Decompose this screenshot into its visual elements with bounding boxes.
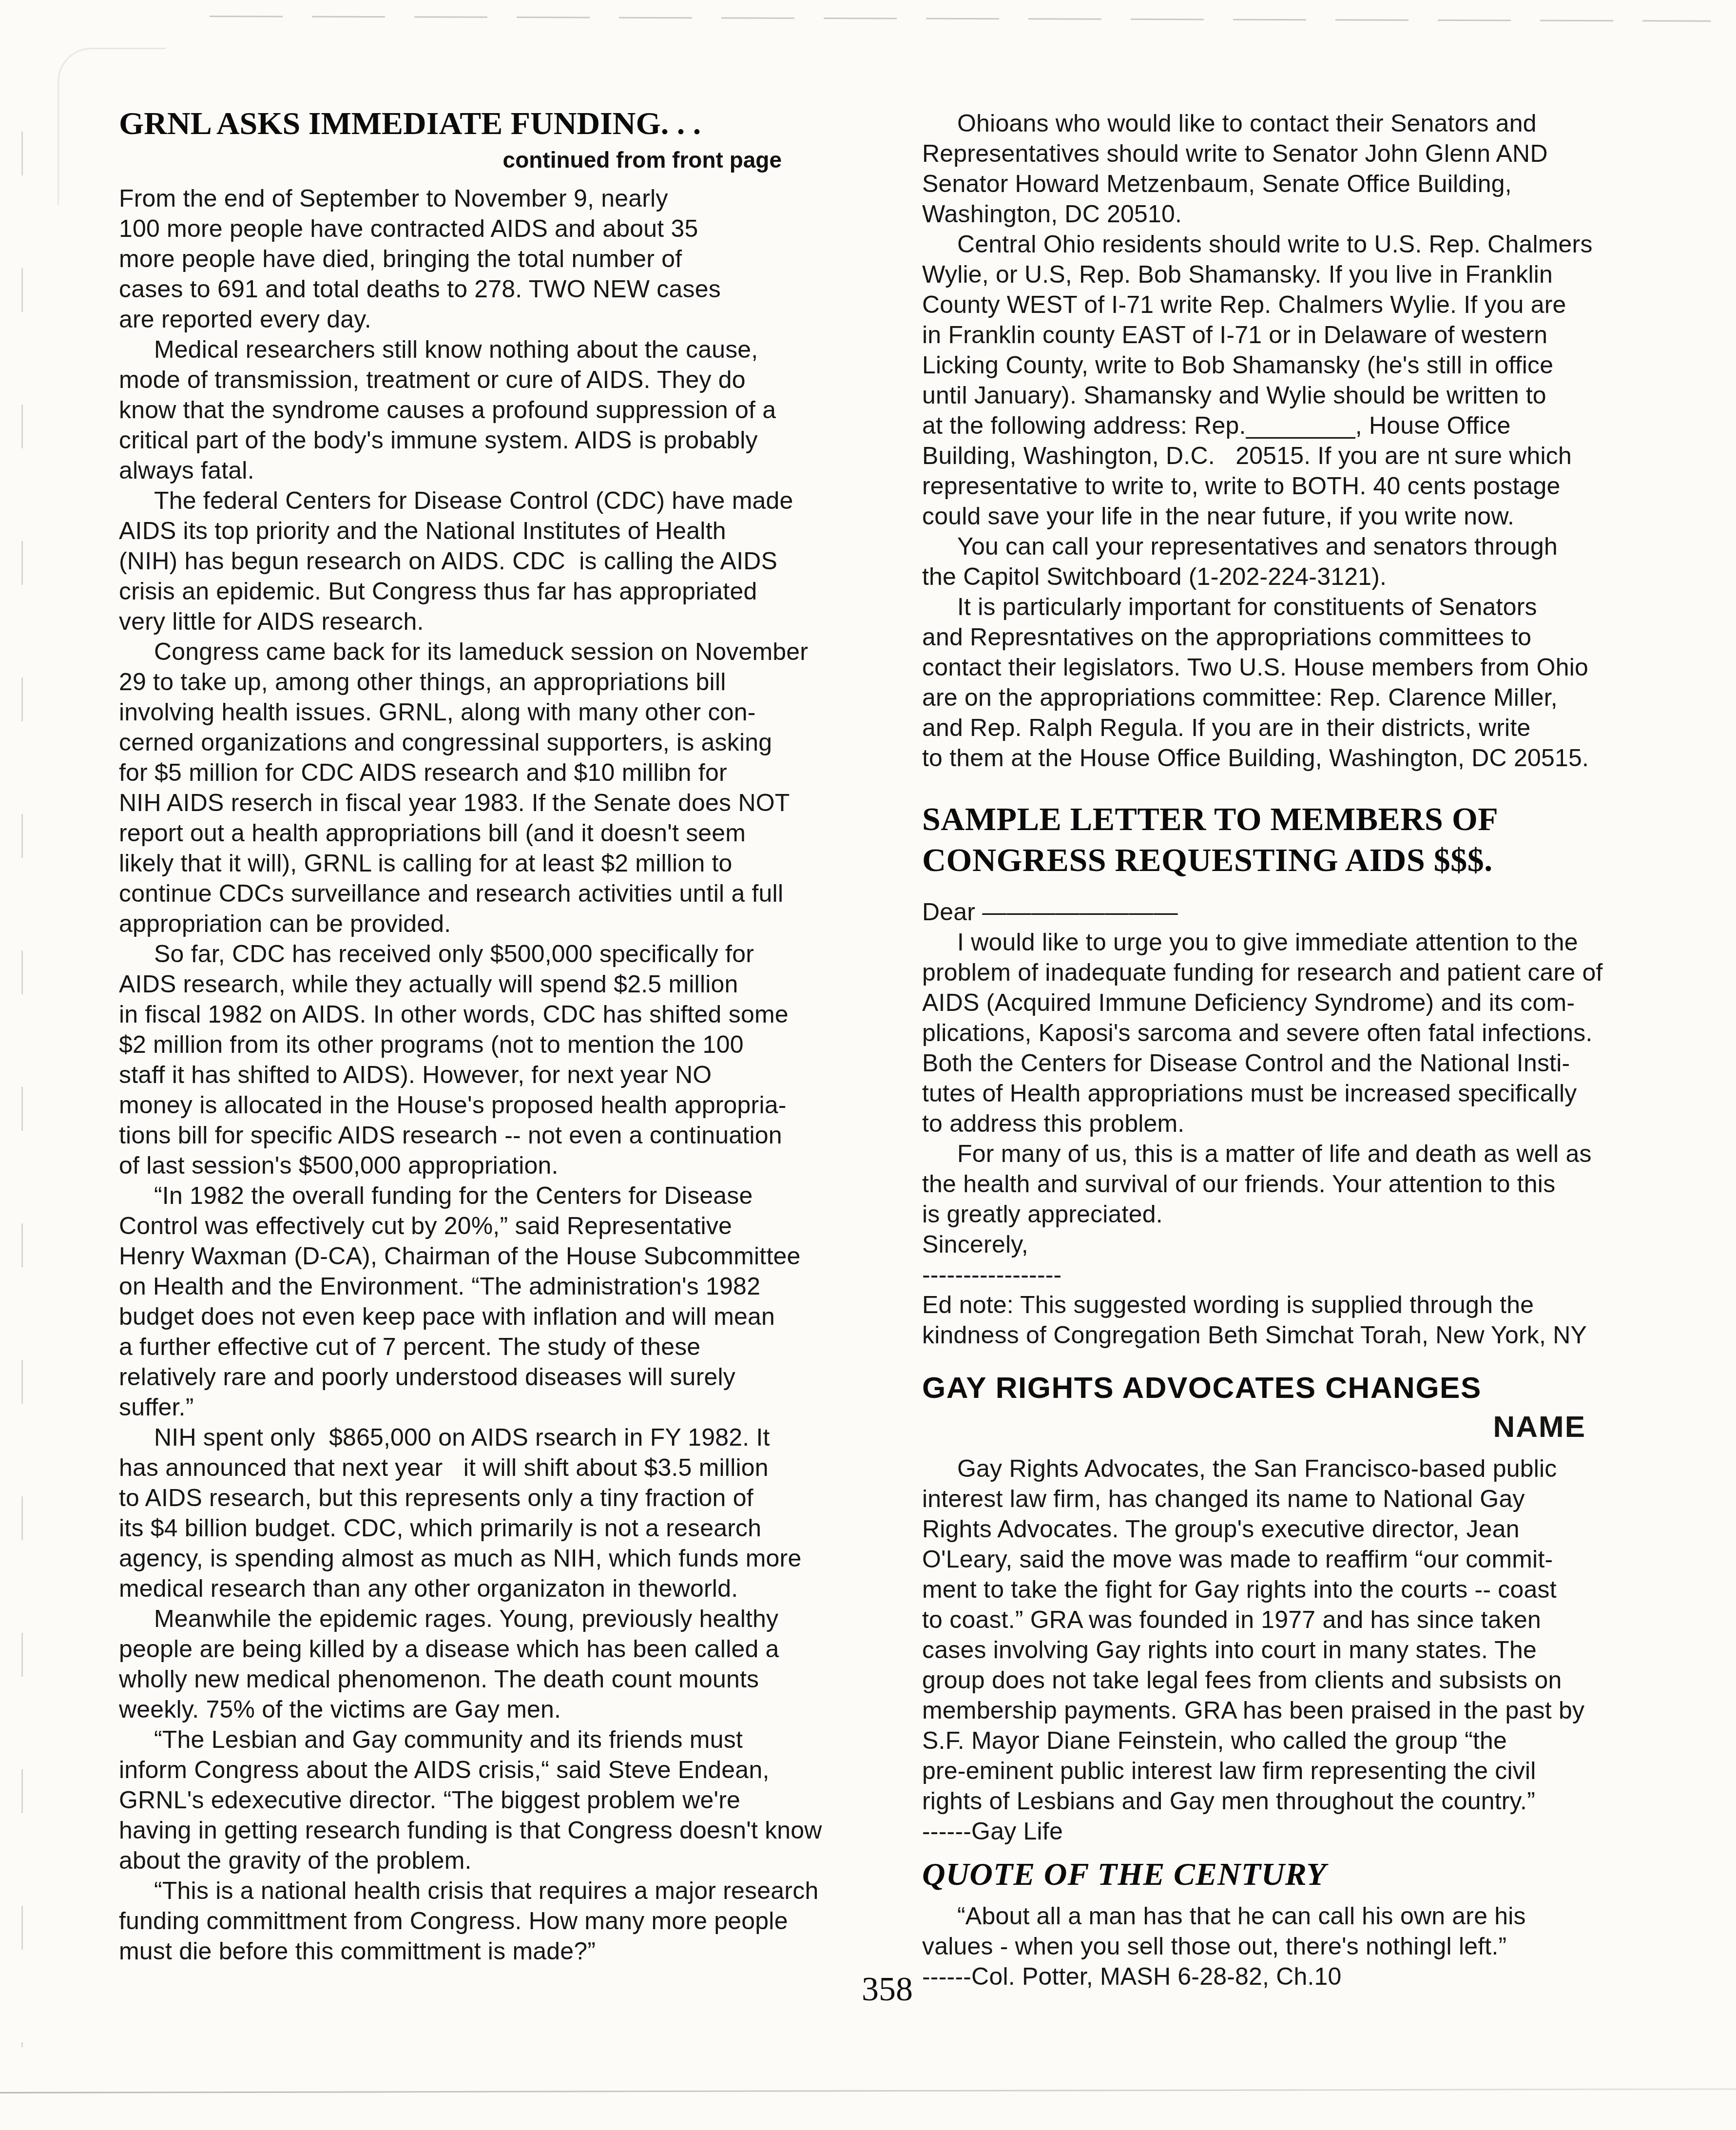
article-paragraph: “This is a national health crisis that r… [119, 1876, 928, 1966]
article-headline: GRNL ASKS IMMEDIATE FUNDING. . . [119, 104, 928, 143]
article-paragraph: NIH spent only $865,000 on AIDS rsearch … [119, 1422, 928, 1604]
article-paragraph: “In 1982 the overall funding for the Cen… [119, 1181, 928, 1422]
article-paragraph: So far, CDC has received only $500,000 s… [119, 939, 928, 1181]
quote-heading: QUOTE OF THE CENTURY [922, 1855, 1717, 1894]
scan-artifact-bottom-edge [0, 2089, 1736, 2093]
letter-paragraph: I would like to urge you to give immedia… [922, 927, 1717, 1139]
newsletter-scan-page: GRNL ASKS IMMEDIATE FUNDING. . . continu… [0, 0, 1736, 2130]
article-paragraph: The federal Centers for Disease Control … [119, 485, 928, 637]
article-paragraph: Meanwhile the epidemic rages. Young, pre… [119, 1604, 928, 1724]
article-paragraph: Medical researchers still know nothing a… [119, 334, 928, 485]
quote-text: “About all a man has that he can call hi… [922, 1901, 1717, 1961]
sample-letter-heading: SAMPLE LETTER TO MEMBERS OF CONGRESS REQ… [922, 798, 1717, 880]
page-number: 358 [862, 1970, 913, 2009]
scan-artifact-left-edge [21, 132, 23, 2047]
right-column: Ohioans who would like to contact their … [922, 108, 1717, 1992]
gra-article-heading: GAY RIGHTS ADVOCATES CHANGES [922, 1370, 1717, 1407]
article-continuation-note: continued from front page [119, 145, 928, 174]
letter-paragraph: For many of us, this is a matter of life… [922, 1139, 1717, 1229]
article-paragraph: Ohioans who would like to contact their … [922, 108, 1717, 229]
article-paragraph: Central Ohio residents should write to U… [922, 229, 1717, 531]
article-paragraph: You can call your representatives and se… [922, 531, 1717, 592]
letter-signature-line: ----------------- [922, 1259, 1717, 1290]
gra-article-heading-line2: NAME [922, 1409, 1717, 1446]
article-paragraph: Congress came back for its lameduck sess… [119, 637, 928, 939]
left-column: GRNL ASKS IMMEDIATE FUNDING. . . continu… [119, 104, 928, 1966]
scan-artifact-top-edge [210, 16, 1711, 22]
gra-attribution: ------Gay Life [922, 1816, 1717, 1846]
article-paragraph: “The Lesbian and Gay community and its f… [119, 1724, 928, 1876]
letter-salutation: Dear ———————— [922, 897, 1717, 927]
gra-article-paragraph: Gay Rights Advocates, the San Francisco-… [922, 1453, 1717, 1816]
article-paragraph: From the end of September to November 9,… [119, 183, 928, 334]
quote-attribution: ------Col. Potter, MASH 6-28-82, Ch.10 [922, 1961, 1717, 1992]
article-paragraph: It is particularly important for constit… [922, 592, 1717, 773]
letter-closing: Sincerely, [922, 1229, 1717, 1259]
editor-note: Ed note: This suggested wording is suppl… [922, 1290, 1717, 1350]
